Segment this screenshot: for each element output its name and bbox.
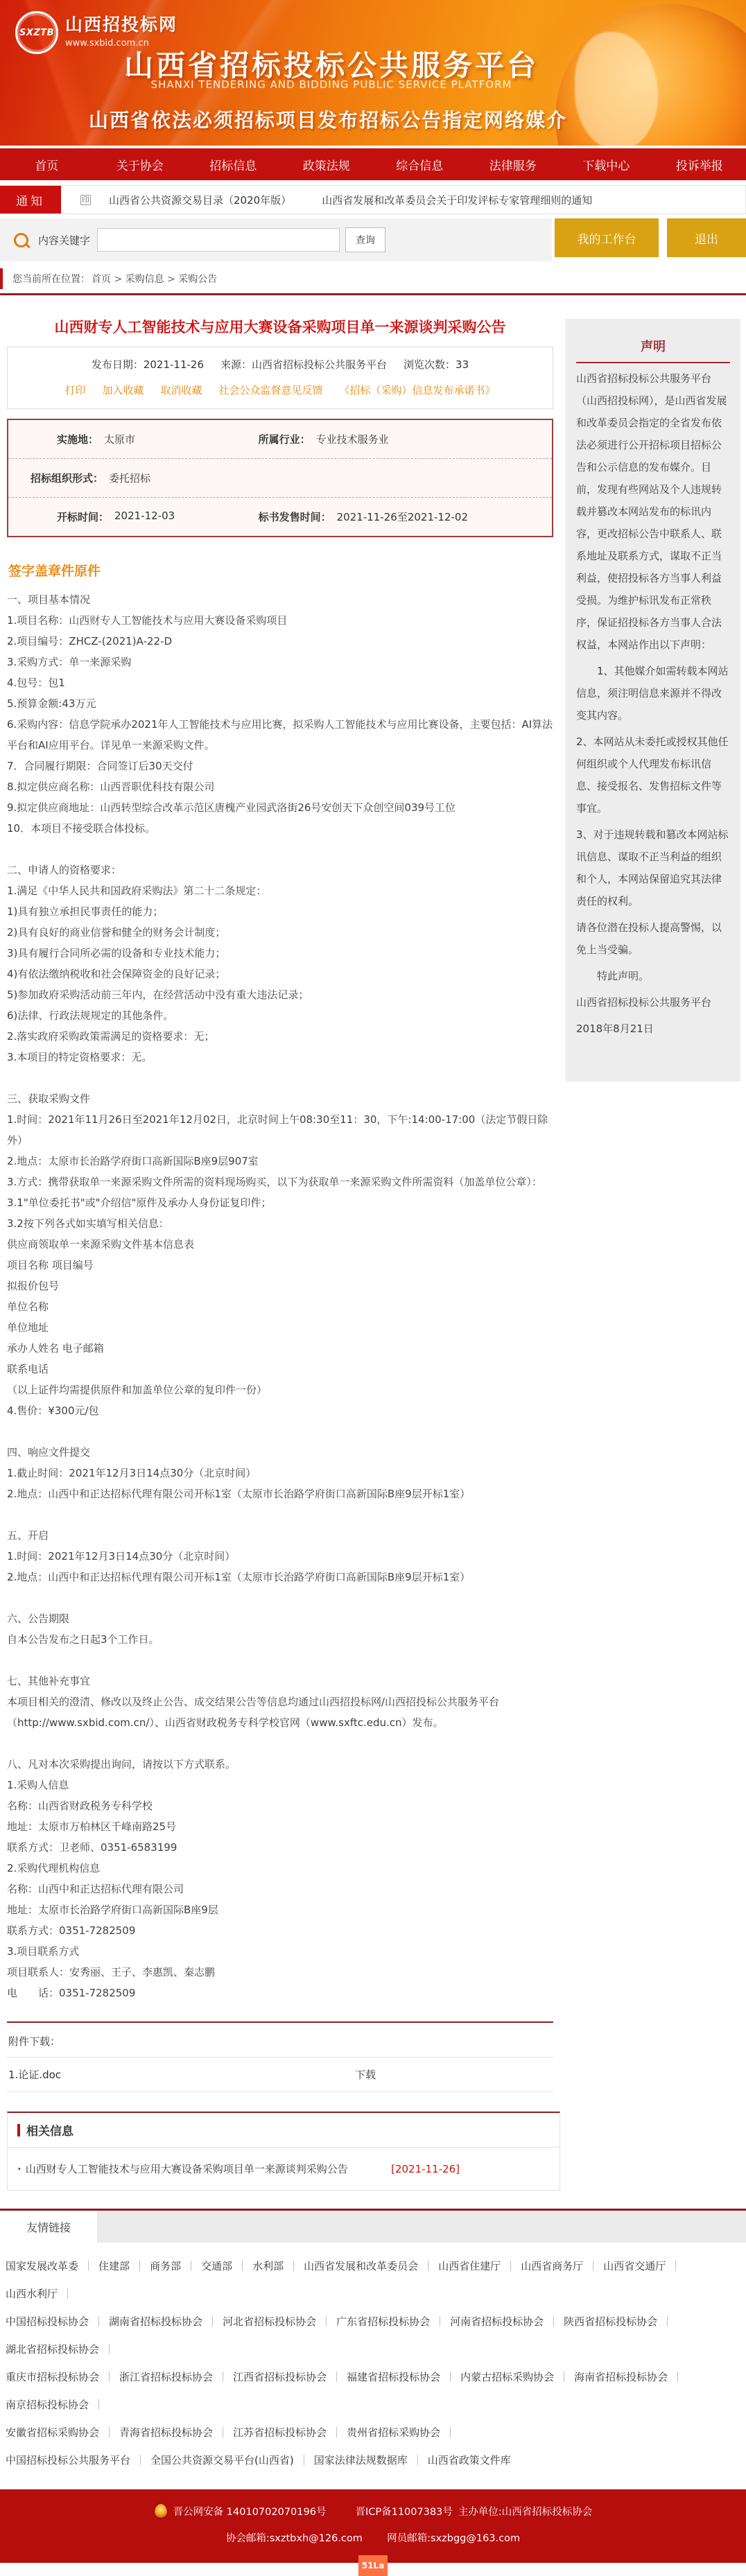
related-info-box: 相关信息 山西财专人工智能技术与应用大赛设备采购项目单一来源谈判采购公告 [20… <box>7 2112 560 2191</box>
friendly-link[interactable]: 国家发展改革委 <box>6 2260 98 2272</box>
friendly-link[interactable]: 江西省招标投标协会 <box>233 2371 347 2383</box>
friendly-link[interactable]: 海南省招标投标协会 <box>574 2371 688 2383</box>
friendly-link[interactable]: 国家法律法规数据库 <box>314 2454 428 2466</box>
friendly-link[interactable]: 山西省发展和改革委员会 <box>304 2260 438 2272</box>
breadcrumb-prefix: 您当前所在位置： <box>12 272 90 286</box>
body-paragraph: 2.地点：山西中和正达招标代理有限公司开标1室（太原市长治路学府街口高新国际B座… <box>7 1483 553 1504</box>
declaration-paragraph: 3、对于违规转载和篡改本网站标讯信息、谋取不正当利益的组织和个人，本网站保留追究… <box>576 824 730 912</box>
body-paragraph: 3.采购方式：单一来源采购 <box>7 652 553 672</box>
police-badge-icon <box>154 2503 168 2518</box>
friendly-link[interactable]: 商务部 <box>150 2260 201 2272</box>
body-paragraph: 项目联系人：安秀丽、王子、李惠凯、秦志鹏 <box>7 1962 553 1983</box>
friendly-link[interactable]: 广东省招标投标协会 <box>336 2315 450 2328</box>
declaration-panel: 声明 山西省招标投标公共服务平台（山西招投标网），是山西省发展和改革委员会指定的… <box>566 319 740 1081</box>
content-area: 声明 山西省招标投标公共服务平台（山西招投标网），是山西省发展和改革委员会指定的… <box>0 295 746 2191</box>
body-paragraph: 2.项目编号：ZHCZ-(2021)A-22-D <box>7 631 553 652</box>
beian-text: 晋公网安备 14010702070196号 <box>173 2504 327 2518</box>
friendly-link[interactable]: 江苏省招标投标协会 <box>233 2426 347 2439</box>
org-value: 委托招标 <box>109 471 150 485</box>
nav-item[interactable]: 招标信息 <box>186 148 280 180</box>
body-paragraph: 4)有依法缴纳税收和社会保障资金的良好记录； <box>7 964 553 984</box>
friendly-links-tab[interactable]: 友情链接 <box>0 2211 97 2243</box>
related-link[interactable]: 山西财专人工智能技术与应用大赛设备采购项目单一来源谈判采购公告 <box>26 2161 348 2176</box>
body-paragraph <box>7 1733 553 1754</box>
related-item: 山西财专人工智能技术与应用大赛设备采购项目单一来源谈判采购公告 [2021-11… <box>8 2148 559 2190</box>
workbench-button[interactable]: 我的工作台 <box>555 218 659 257</box>
notice-links: 山西省公共资源交易目录（2020年版）山西省发展和改革委员会关于印发评标专家管理… <box>109 193 592 207</box>
related-list: 山西财专人工智能技术与应用大赛设备采购项目单一来源谈判采购公告 [2021-11… <box>8 2148 559 2190</box>
body-paragraph: 3.2按下列各式如实填写相关信息： <box>7 1213 553 1234</box>
declaration-paragraph: 1、其他媒介如需转载本网站信息，须注明信息来源并不得改变其内容。 <box>576 660 730 726</box>
action-link[interactable]: 社会公众监督意见反馈 <box>219 384 323 397</box>
body-paragraph: 4.售价：¥300元/包 <box>7 1400 553 1421</box>
body-paragraph: （以上证件均需提供原件和加盖单位公章的复印件一份） <box>7 1380 553 1400</box>
body-paragraph: 3.本项目的特定资格要求：无。 <box>7 1047 553 1068</box>
member-email: 网员邮箱:sxzbgg@163.com <box>387 2533 520 2544</box>
friendly-link[interactable]: 山西省住建厅 <box>438 2260 521 2272</box>
article-meta: 发布日期：2021-11-26来源：山西省招标投标公共服务平台浏览次数：33 <box>15 357 546 372</box>
friendly-link[interactable]: 中国招标投标协会 <box>6 2315 109 2328</box>
friendly-link[interactable]: 重庆市招标投标协会 <box>6 2371 119 2383</box>
nav-item[interactable]: 投诉举报 <box>653 148 746 180</box>
industry-label: 所属行业： <box>259 432 311 446</box>
body-paragraph: 电 话：0351-7282509 <box>7 1983 553 2003</box>
nav-item[interactable]: 关于协会 <box>94 148 187 180</box>
friendly-links-area: 国家发展改革委住建部商务部交通部水利部山西省发展和改革委员会山西省住建厅山西省商… <box>0 2243 746 2487</box>
friendly-link[interactable]: 南京招标投标协会 <box>6 2399 109 2411</box>
breadcrumb-segment[interactable]: 采购信息 <box>125 274 179 285</box>
body-paragraph: 5)参加政府采购活动前三年内，在经营活动中没有重大违法记录； <box>7 984 553 1005</box>
open-value: 2021-12-03 <box>114 510 175 524</box>
body-paragraph: 9.拟定供应商地址：山西转型综合改革示范区唐槐产业园武洛街26号安创天下众创空间… <box>7 797 553 818</box>
attachment-file-name: 1.论证.doc <box>8 2067 355 2082</box>
body-paragraph: 地址：太原市万柏林区千峰南路25号 <box>7 1816 553 1837</box>
declaration-title: 声明 <box>576 337 730 363</box>
body-paragraph: 联系方式：0351-7282509 <box>7 1920 553 1941</box>
body-paragraph: 2.地点：太原市长治路学府街口高新国际B座9层907室 <box>7 1151 553 1172</box>
body-paragraph <box>7 1650 553 1671</box>
body-paragraph: 1.时间：2021年12月3日14点30分（北京时间） <box>7 1546 553 1567</box>
body-paragraph: 1.截止时间：2021年12月3日14点30分（北京时间） <box>7 1463 553 1483</box>
nav-item[interactable]: 下载中心 <box>559 148 653 180</box>
body-paragraph: 5.预算金额:43万元 <box>7 693 553 714</box>
body-paragraph: 1.满足《中华人民共和国政府采购法》第二十二条规定： <box>7 880 553 901</box>
table-row: 开标时间：2021-12-03 标书发售时间：2021-11-26至2021-1… <box>8 497 552 536</box>
friendly-link[interactable]: 河南省招标投标协会 <box>450 2315 564 2328</box>
action-link[interactable]: 加入收藏 <box>102 384 144 397</box>
friendly-link[interactable]: 水利部 <box>252 2260 304 2272</box>
friendly-link[interactable]: 青海省招标投标协会 <box>119 2426 233 2439</box>
friendly-link[interactable]: 中国招标投标公共服务平台 <box>6 2454 150 2466</box>
body-paragraph: 10．本项目不接受联合体投标。 <box>7 818 553 839</box>
body-paragraph: 4.包号：包1 <box>7 672 553 693</box>
body-paragraph: 拟报价包号 <box>7 1276 553 1296</box>
attachment-list: 1.论证.doc 下载 <box>7 2057 553 2092</box>
friendly-link[interactable]: 全国公共资源交易平台(山西省) <box>150 2454 314 2466</box>
body-paragraph: 6.采购内容：信息学院承办2021年人工智能技术与应用比赛，拟采购人工智能技术与… <box>7 714 553 756</box>
impl-value: 太原市 <box>104 432 135 446</box>
body-paragraph <box>7 1587 553 1608</box>
meta-item: 浏览次数：33 <box>404 358 469 371</box>
friendly-link[interactable]: 山西水利厅 <box>6 2288 78 2300</box>
body-paragraph: 联系电话 <box>7 1359 553 1380</box>
main-nav: 首页关于协会招标信息政策法规综合信息法律服务下载中心投诉举报 <box>0 148 746 180</box>
body-paragraph: 七、其他补充事宜 <box>7 1671 553 1691</box>
nav-item[interactable]: 政策法规 <box>280 148 374 180</box>
org-label: 招标组织形式： <box>31 471 103 485</box>
friendly-links-header: 友情链接 <box>0 2211 746 2243</box>
body-paragraph <box>7 839 553 860</box>
notice-bar: 通知 印 山西省公共资源交易目录（2020年版）山西省发展和改革委员会关于印发评… <box>0 185 746 214</box>
body-paragraph: 2)具有良好的商业信誉和健全的财务会计制度； <box>7 922 553 943</box>
article-meta-box: 发布日期：2021-11-26来源：山西省招标投标公共服务平台浏览次数：33 打… <box>7 347 553 409</box>
related-date: [2021-11-26] <box>391 2163 460 2175</box>
body-paragraph: 联系方式：卫老师、0351-6583199 <box>7 1837 553 1858</box>
sale-value: 2021-11-26至2021-12-02 <box>337 510 468 524</box>
logo-site-name: 山西招投标网 <box>65 11 177 36</box>
body-paragraph: 名称：山西省财政税务专科学校 <box>7 1795 553 1816</box>
body-paragraph: 6)法律、行政法规规定的其他条件。 <box>7 1005 553 1026</box>
notice-link[interactable]: 山西省发展和改革委员会关于印发评标专家管理细则的通知 <box>322 193 592 207</box>
body-paragraph: 3.方式：携带获取单一来源采购文件所需的资料现场购买，以下为获取单一来源采购文件… <box>7 1172 553 1192</box>
declaration-paragraph: 特此声明。 <box>576 965 730 987</box>
query-button[interactable]: 查询 <box>345 227 385 252</box>
download-link[interactable]: 下载 <box>355 2067 376 2082</box>
declaration-body: 山西省招标投标公共服务平台（山西招投标网），是山西省发展和改革委员会指定的全省发… <box>576 367 730 1040</box>
attachment-title: 附件下载： <box>7 2023 553 2057</box>
declaration-paragraph: 2018年8月21日 <box>576 1018 730 1040</box>
page-footer: 晋公网安备 14010702070196号 晋ICP备11007383号 主办单… <box>0 2489 746 2563</box>
friendly-link[interactable]: 浙江省招标投标协会 <box>119 2371 233 2383</box>
body-paragraph: 承办人姓名 电子邮箱 <box>7 1338 553 1359</box>
search-label: 内容关键字 <box>38 233 90 247</box>
friendly-link[interactable]: 山西省交通厅 <box>603 2260 686 2272</box>
logo-badge-text: SXZTB <box>19 28 54 38</box>
body-paragraph: 本项目相关的澄清、修改以及终止公告、成交结果公告等信息均通过山西招投标网/山西招… <box>7 1691 553 1733</box>
impl-label: 实施地： <box>57 432 98 446</box>
meta-item: 来源：山西省招标投标公共服务平台 <box>220 358 387 371</box>
body-paragraph: 7．合同履行期限：合同签订后30天交付 <box>7 756 553 776</box>
open-label: 开标时间： <box>57 510 109 524</box>
friendly-link[interactable]: 陕西省招标投标协会 <box>564 2315 677 2328</box>
action-link[interactable]: 打印 <box>64 384 85 397</box>
body-paragraph: 三、获取采购文件 <box>7 1088 553 1109</box>
friendly-link[interactable]: 安徽省招标采购协会 <box>6 2426 119 2439</box>
body-paragraph: 2.地点：山西中和正达招标代理有限公司开标1室（太原市长治路学府街口高新国际B座… <box>7 1567 553 1587</box>
attachment-row: 1.论证.doc 下载 <box>7 2057 553 2092</box>
body-paragraph: 四、响应文件提交 <box>7 1442 553 1463</box>
related-title: 相关信息 <box>26 2121 73 2139</box>
declaration-paragraph: 山西省招标投标公共服务平台（山西招投标网），是山西省发展和改革委员会指定的全省发… <box>576 367 730 656</box>
announcement-body: 一、项目基本情况1.项目名称：山西财专人工智能技术与应用大赛设备采购项目2.项目… <box>7 589 553 2003</box>
table-row: 实施地：太原市 所属行业：专业技术服务业 <box>8 420 552 458</box>
friendly-link[interactable]: 交通部 <box>201 2260 252 2272</box>
body-paragraph: 名称：山西中和正达招标代理有限公司 <box>7 1879 553 1899</box>
body-paragraph: 一、项目基本情况 <box>7 589 553 610</box>
search-row: 内容关键字 查询 我的工作台 退出 <box>0 218 746 261</box>
friendly-link[interactable]: 湖南省招标投标协会 <box>109 2315 223 2328</box>
body-paragraph: 二、申请人的资格要求： <box>7 860 553 880</box>
friendly-link[interactable]: 住建部 <box>98 2260 150 2272</box>
article-actions: 打印加入收藏取消收藏社会公众监督意见反馈《招标（采购）信息发布承诺书》 <box>15 383 546 397</box>
breadcrumb-segment[interactable]: 首页 <box>92 274 125 285</box>
page-title: 山西财专人工智能技术与应用大赛设备采购项目单一来源谈判采购公告 <box>7 316 553 337</box>
notice-label: 通知 <box>0 186 61 214</box>
body-paragraph: 1.时间：2021年11月26日至2021年12月02日，北京时间上午08:30… <box>7 1109 553 1151</box>
body-paragraph: 自本公告发布之日起3个工作日。 <box>7 1629 553 1650</box>
friendly-link[interactable]: 福建省招标投标协会 <box>347 2371 460 2383</box>
body-paragraph <box>7 1421 553 1442</box>
logout-button[interactable]: 退出 <box>667 218 746 257</box>
icp-text: 晋ICP备11007383号 <box>355 2504 452 2518</box>
body-paragraph: 单位名称 <box>7 1296 553 1317</box>
site-banner: SXZTB 山西招投标网 www.sxbid.com.cn 山西省招标投标公共服… <box>0 0 746 146</box>
body-paragraph: 2.采购代理机构信息 <box>7 1858 553 1879</box>
body-paragraph: 单位地址 <box>7 1317 553 1338</box>
nav-item[interactable]: 法律服务 <box>467 148 560 180</box>
seal-icon: 印 <box>80 195 91 205</box>
body-paragraph: 1.采购人信息 <box>7 1775 553 1795</box>
friendly-link[interactable]: 山西省商务厅 <box>521 2260 603 2272</box>
search-input[interactable] <box>97 228 340 252</box>
sign-heading: 签字盖章件原件 <box>8 561 553 580</box>
action-link[interactable]: 《招标（采购）信息发布承诺书》 <box>340 384 496 397</box>
body-paragraph: 8.拟定供应商名称：山西晋职优科技有限公司 <box>7 776 553 797</box>
body-paragraph: 五、开启 <box>7 1525 553 1546</box>
project-info-table: 实施地：太原市 所属行业：专业技术服务业 招标组织形式：委托招标 开标时间：20… <box>7 419 553 537</box>
friendly-link[interactable]: 河北省招标投标协会 <box>223 2315 336 2328</box>
body-paragraph: 八、凡对本次采购提出询问，请按以下方式联系。 <box>7 1754 553 1775</box>
counter-badge[interactable]: 51La <box>358 2555 388 2576</box>
breadcrumb-segment[interactable]: 采购公告 <box>178 274 217 285</box>
friendly-link[interactable]: 山西省政策文件库 <box>428 2454 521 2466</box>
declaration-paragraph: 山西省招标投标公共服务平台 <box>576 991 730 1013</box>
declaration-paragraph: 请各位潜在投标人提高警惕，以免上当受骗。 <box>576 916 730 961</box>
meta-item: 发布日期：2021-11-26 <box>92 358 204 371</box>
body-paragraph: 供应商领取单一来源采购文件基本信息表 <box>7 1234 553 1255</box>
host-text: 主办单位:山西省招标投标协会 <box>458 2504 592 2518</box>
red-bar-icon <box>17 2124 20 2136</box>
body-paragraph <box>7 1504 553 1525</box>
friendly-link[interactable]: 贵州省招标采购协会 <box>347 2426 460 2439</box>
body-paragraph: 1.项目名称：山西财专人工智能技术与应用大赛设备采购项目 <box>7 610 553 631</box>
friendly-link[interactable]: 湖北省招标投标协会 <box>6 2343 119 2356</box>
friendly-link[interactable]: 内蒙古招标采购协会 <box>460 2371 574 2383</box>
declaration-paragraph: 2、本网站从未委托或授权其他任何组织或个人代理发布标讯信息、接受报名、发售招标文… <box>576 731 730 819</box>
assoc-email: 协会邮箱:sxztbxh@126.com <box>226 2533 363 2544</box>
body-paragraph: 地址：太原市长治路学府街口高新国际B座9层 <box>7 1899 553 1920</box>
body-paragraph: 1)具有独立承担民事责任的能力； <box>7 901 553 922</box>
notice-link[interactable]: 山西省公共资源交易目录（2020年版） <box>109 193 291 207</box>
body-paragraph <box>7 1068 553 1088</box>
platform-slogan: 山西省依法必须招标项目发布招标公告指定网络媒介 <box>0 105 656 133</box>
table-row: 招标组织形式：委托招标 <box>8 458 552 497</box>
body-paragraph: 3)具有履行合同所必需的设备和专业技术能力； <box>7 943 553 964</box>
body-paragraph: 项目名称 项目编号 <box>7 1255 553 1276</box>
search-icon <box>14 233 28 247</box>
sale-label: 标书发售时间： <box>259 510 331 524</box>
breadcrumb-segments: 首页采购信息采购公告 <box>92 272 217 286</box>
breadcrumb: 您当前所在位置： 首页采购信息采购公告 <box>0 268 746 289</box>
action-link[interactable]: 取消收藏 <box>160 384 202 397</box>
body-paragraph: 六、公告期限 <box>7 1608 553 1629</box>
body-paragraph: 3.项目联系方式 <box>7 1941 553 1962</box>
body-paragraph: 2.落实政府采购政策需满足的资格要求：无； <box>7 1026 553 1047</box>
nav-item[interactable]: 综合信息 <box>373 148 467 180</box>
industry-value: 专业技术服务业 <box>316 432 389 446</box>
body-paragraph: 3.1"单位委托书"或"介绍信"原件及承办人身份证复印件； <box>7 1192 553 1213</box>
nav-item[interactable]: 首页 <box>0 148 94 180</box>
platform-title-en: SHANXI TENDERING AND BIDDING PUBLIC SERV… <box>0 78 663 91</box>
